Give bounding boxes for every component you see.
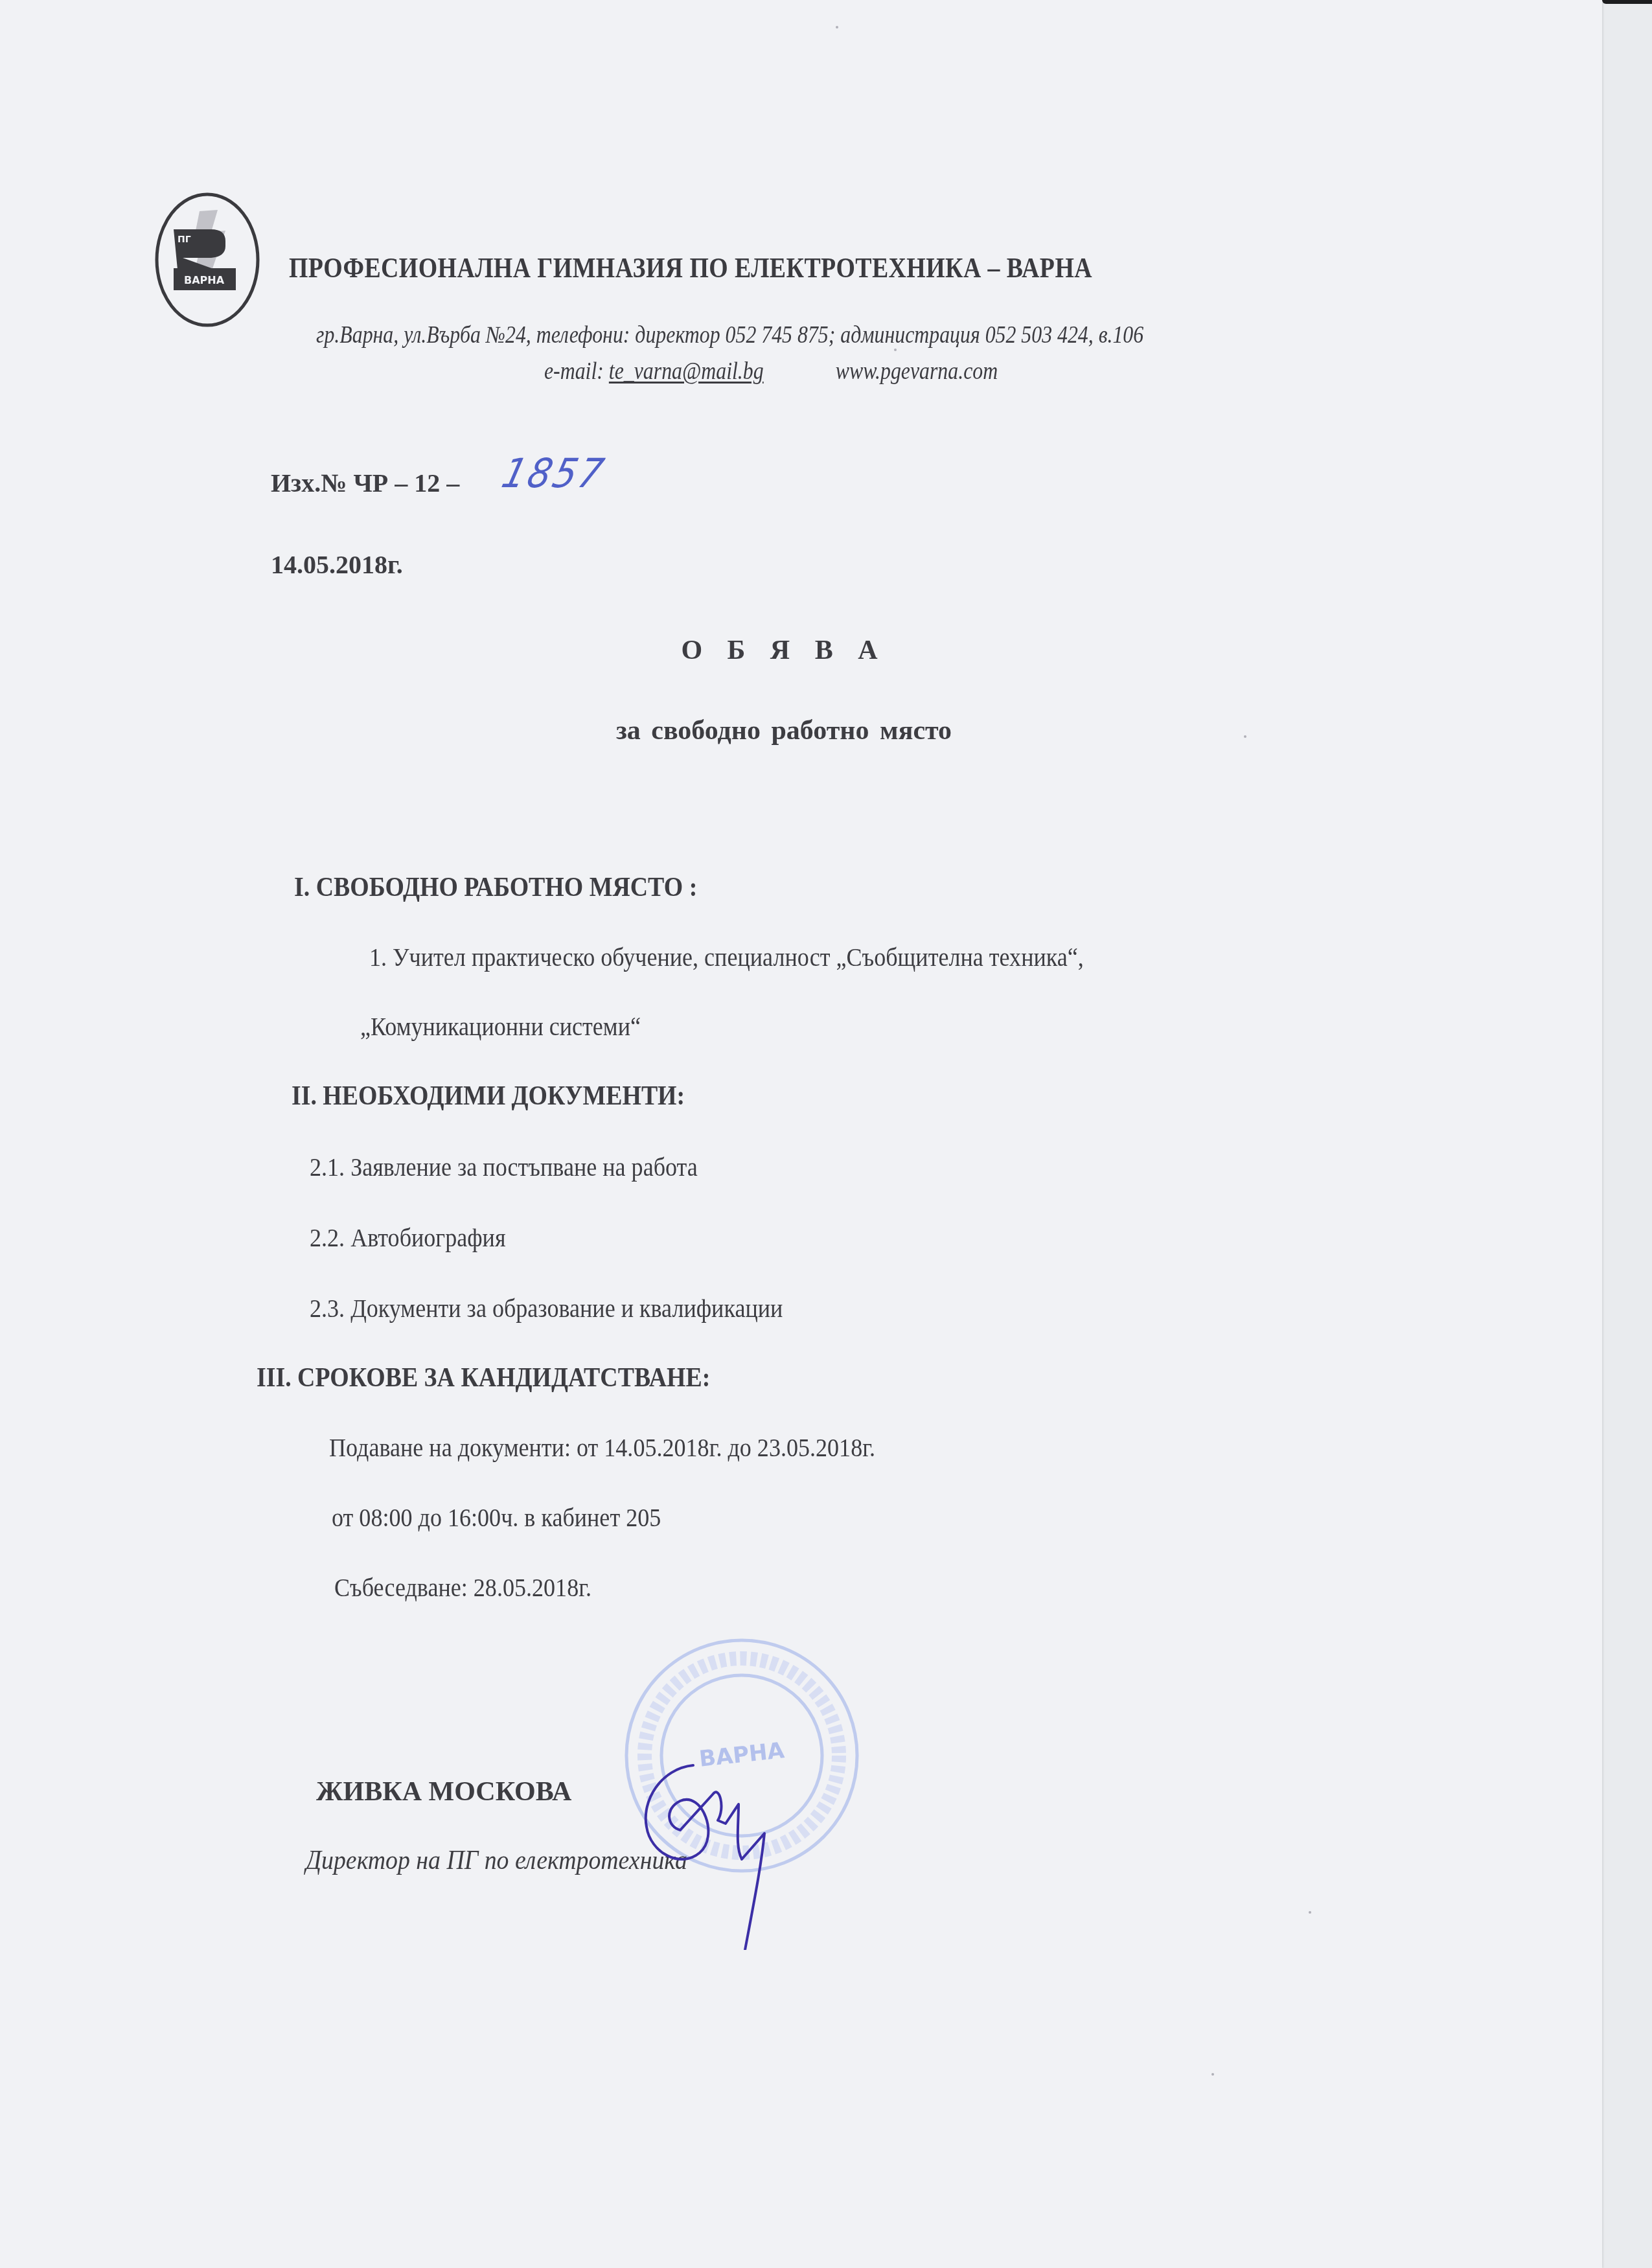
organization-address: гр.Варна, ул.Върба №24, телефони: директ…	[316, 321, 1143, 349]
vacancy-position: 1. Учител практическо обучение, специалн…	[369, 941, 1084, 972]
signer-name: ЖИВКА МОСКОВА	[316, 1776, 571, 1807]
document-item: 2.3. Документи за образование и квалифик…	[310, 1292, 783, 1323]
school-logo-icon: ПГ ВАРНА	[154, 192, 260, 328]
interview-date: Събеседване: 28.05.2018г.	[334, 1572, 591, 1603]
document-subtitle: за свободно работно място	[0, 715, 1568, 746]
document-item: 2.1. Заявление за постъпване на работа	[310, 1151, 698, 1182]
scan-speck	[1309, 1911, 1311, 1914]
section-deadlines-heading: III. СРОКОВЕ ЗА КАНДИДАТСТВАНЕ:	[257, 1362, 710, 1393]
document-item: 2.2. Автобиография	[310, 1222, 506, 1253]
submission-hours: от 08:00 до 16:00ч. в кабинет 205	[332, 1502, 661, 1533]
email-link[interactable]: te_varna@mail.bg	[609, 358, 764, 385]
contact-line: e-mail: te_varna@mail.bg www.pgevarna.co…	[544, 358, 998, 385]
svg-text:ВАРНА: ВАРНА	[184, 274, 225, 286]
document-date: 14.05.2018г.	[271, 549, 403, 580]
submission-period: Подаване на документи: от 14.05.2018г. д…	[329, 1432, 875, 1463]
section-vacancy-heading: I. СВОБОДНО РАБОТНО МЯСТО :	[294, 871, 697, 903]
organization-name: ПРОФЕСИОНАЛНА ГИМНАЗИЯ ПО ЕЛЕКТРОТЕХНИКА…	[289, 251, 1092, 284]
handwritten-reference-number: 1857	[498, 450, 611, 497]
signature-icon	[641, 1756, 836, 1950]
email-label: e-mail:	[544, 358, 604, 385]
reference-number-label: Изх.№ ЧР – 12 –	[271, 468, 459, 498]
scanner-edge	[1602, 0, 1652, 4]
document-title: О Б Я В А	[0, 635, 1568, 666]
vacancy-specialty: „Комуникационни системи“	[360, 1011, 641, 1042]
scan-speck	[1211, 2073, 1214, 2076]
svg-text:ПГ: ПГ	[178, 235, 191, 245]
section-documents-heading: II. НЕОБХОДИМИ ДОКУМЕНТИ:	[292, 1080, 685, 1112]
scan-speck	[836, 26, 838, 29]
scan-speck	[1244, 735, 1246, 738]
scan-speck	[894, 349, 897, 351]
website-link[interactable]: www.pgevarna.com	[836, 358, 998, 385]
signer-role: Директор на ПГ по електротехника	[306, 1845, 687, 1876]
